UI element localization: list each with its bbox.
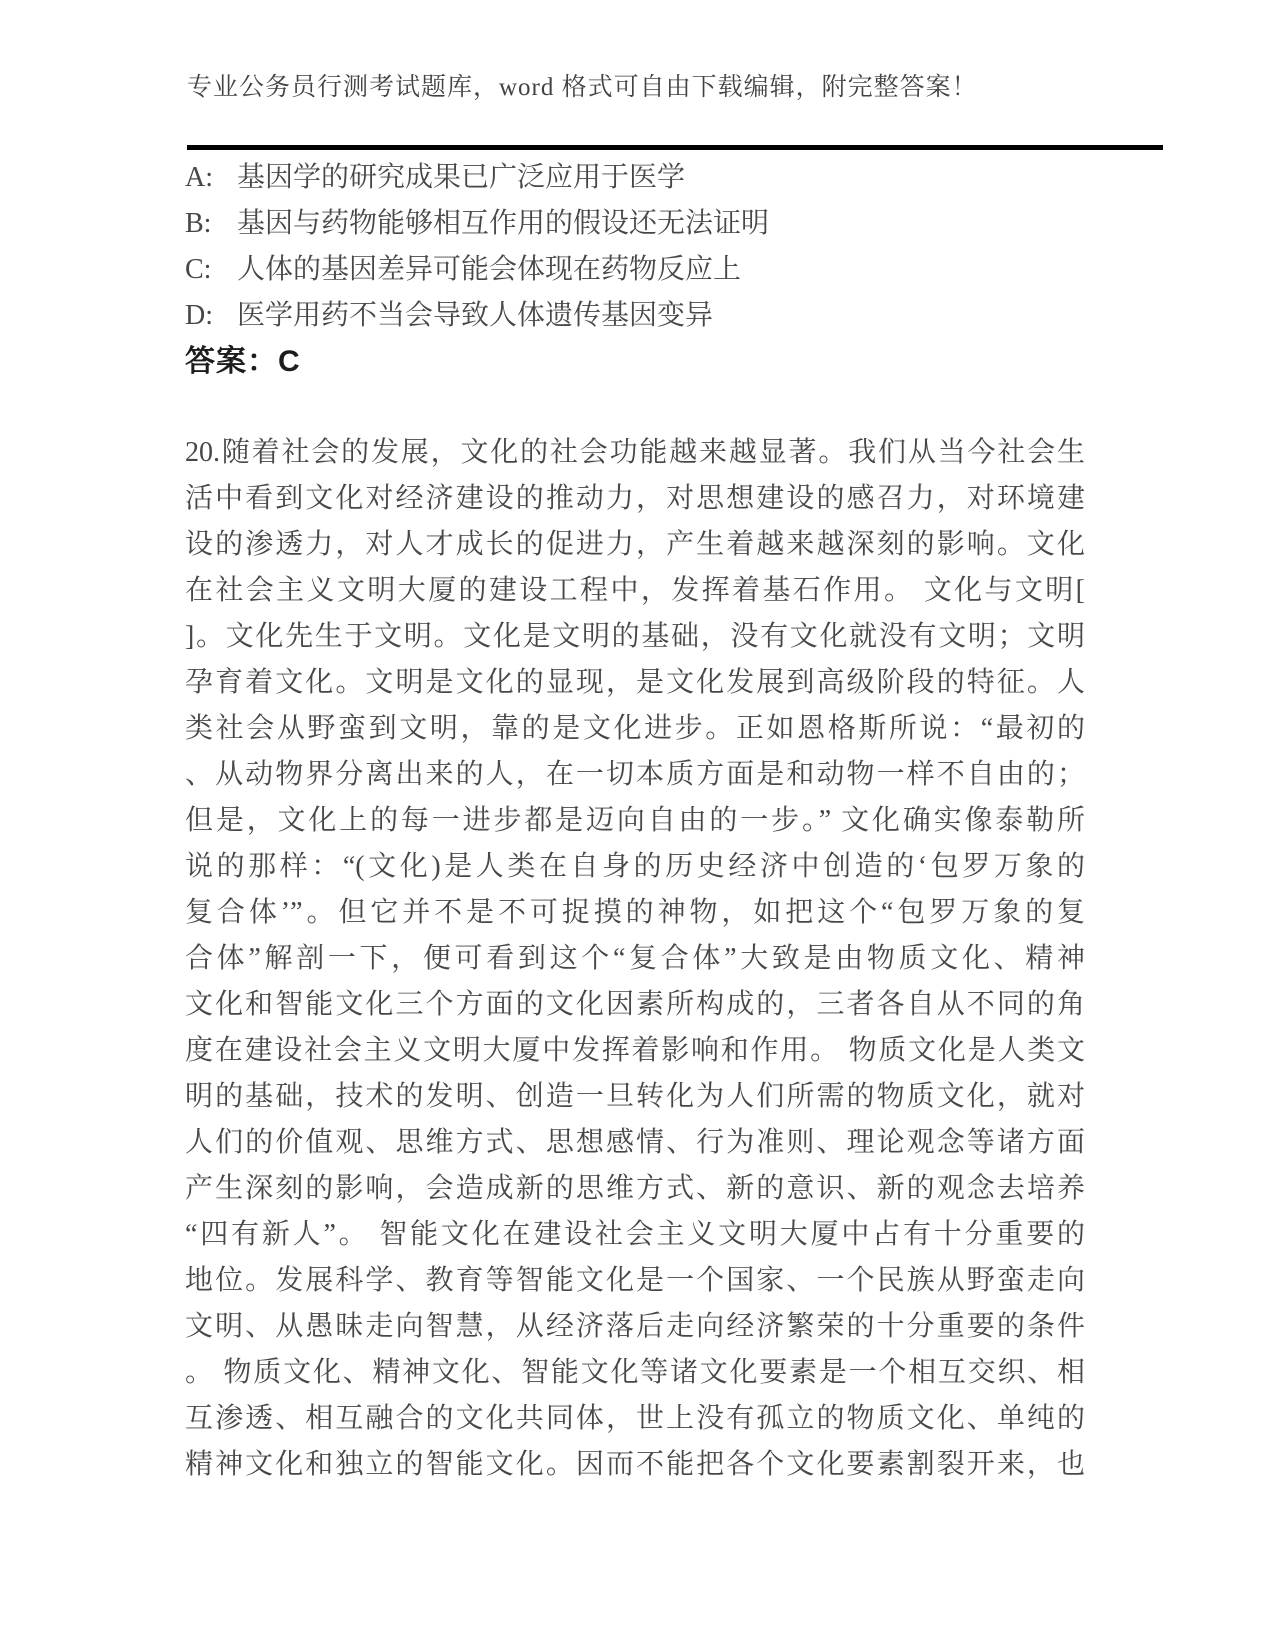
answer-options-block: A:基因学的研究成果已广泛应用于医学 B:基因与药物能够相互作用的假设还无法证明…	[185, 155, 1095, 385]
question-line: 互渗透、相互融合的文化共同体，世上没有孤立的物质文化、单纯的	[185, 1396, 1085, 1442]
option-text: 人体的基因差异可能会体现在药物反应上	[237, 254, 741, 285]
header-title: 专业公务员行测考试题库，word 格式可自由下载编辑，附完整答案！	[187, 72, 1163, 104]
question-line: 在社会主义文明大厦的建设工程中，发挥着基石作用。 文化与文明[	[185, 568, 1085, 614]
question-line: 复合体’”。但它并不是不可捉摸的神物，如把这个“包罗万象的复	[185, 890, 1085, 936]
question-line: “四有新人”。 智能文化在建设社会主义文明大厦中占有十分重要的	[185, 1212, 1085, 1258]
question-line: 孕育着文化。文明是文化的显现，是文化发展到高级阶段的特征。人	[185, 660, 1085, 706]
header-divider	[187, 145, 1163, 150]
question-line: 、从动物界分离出来的人，在一切本质方面是和动物一样不自由的；	[185, 752, 1085, 798]
option-label: C:	[185, 247, 237, 293]
question-line: 设的渗透力，对人才成长的促进力，产生着越来越深刻的影响。文化	[185, 522, 1085, 568]
option-label: D:	[185, 293, 237, 339]
question-line: 人们的价值观、思维方式、思想感情、行为准则、理论观念等诸方面	[185, 1120, 1085, 1166]
question-line: 明的基础，技术的发明、创造一旦转化为人们所需的物质文化，就对	[185, 1074, 1085, 1120]
question-line: 合体”解剖一下，便可看到这个“复合体”大致是由物质文化、精神	[185, 936, 1085, 982]
option-text: 基因学的研究成果已广泛应用于医学	[237, 162, 685, 193]
question-line: ]。文化先生于文明。文化是文明的基础，没有文化就没有文明；文明	[185, 614, 1085, 660]
question-line: 产生深刻的影响，会造成新的思维方式、新的意识、新的观念去培养	[185, 1166, 1085, 1212]
question-line: 地位。发展科学、教育等智能文化是一个国家、一个民族从野蛮走向	[185, 1258, 1085, 1304]
option-label: A:	[185, 155, 237, 201]
option-line: C:人体的基因差异可能会体现在药物反应上	[185, 247, 1095, 293]
question-line: 说的那样：“(文化)是人类在自身的历史经济中创造的‘包罗万象的	[185, 844, 1085, 890]
option-text: 医学用药不当会导致人体遗传基因变异	[237, 300, 713, 331]
document-page: 专业公务员行测考试题库，word 格式可自由下载编辑，附完整答案！ A:基因学的…	[0, 0, 1275, 1650]
option-line: D:医学用药不当会导致人体遗传基因变异	[185, 293, 1095, 339]
question-line: 文明、从愚昧走向智慧，从经济落后走向经济繁荣的十分重要的条件	[185, 1304, 1085, 1350]
question-line: 文化和智能文化三个方面的文化因素所构成的，三者各自从不同的角	[185, 982, 1085, 1028]
option-label: B:	[185, 201, 237, 247]
question-line: 20.随着社会的发展，文化的社会功能越来越显著。我们从当今社会生	[185, 430, 1085, 476]
question-line: 精神文化和独立的智能文化。因而不能把各个文化要素割裂开来，也	[185, 1442, 1085, 1488]
question-20-paragraph: 20.随着社会的发展，文化的社会功能越来越显著。我们从当今社会生活中看到文化对经…	[185, 430, 1085, 1488]
question-line: 。 物质文化、精神文化、智能文化等诸文化要素是一个相互交织、相	[185, 1350, 1085, 1396]
question-lines: 20.随着社会的发展，文化的社会功能越来越显著。我们从当今社会生活中看到文化对经…	[185, 430, 1085, 1488]
question-line: 度在建设社会主义文明大厦中发挥着影响和作用。 物质文化是人类文	[185, 1028, 1085, 1074]
options-list: A:基因学的研究成果已广泛应用于医学 B:基因与药物能够相互作用的假设还无法证明…	[185, 155, 1095, 339]
question-line: 类社会从野蛮到文明，靠的是文化进步。正如恩格斯所说：“最初的	[185, 706, 1085, 752]
option-line: B:基因与药物能够相互作用的假设还无法证明	[185, 201, 1095, 247]
question-line: 活中看到文化对经济建设的推动力，对思想建设的感召力，对环境建	[185, 476, 1085, 522]
option-text: 基因与药物能够相互作用的假设还无法证明	[237, 208, 769, 239]
answer-text: 答案：C	[185, 339, 1095, 385]
option-line: A:基因学的研究成果已广泛应用于医学	[185, 155, 1095, 201]
question-line: 但是，文化上的每一进步都是迈向自由的一步。” 文化确实像泰勒所	[185, 798, 1085, 844]
